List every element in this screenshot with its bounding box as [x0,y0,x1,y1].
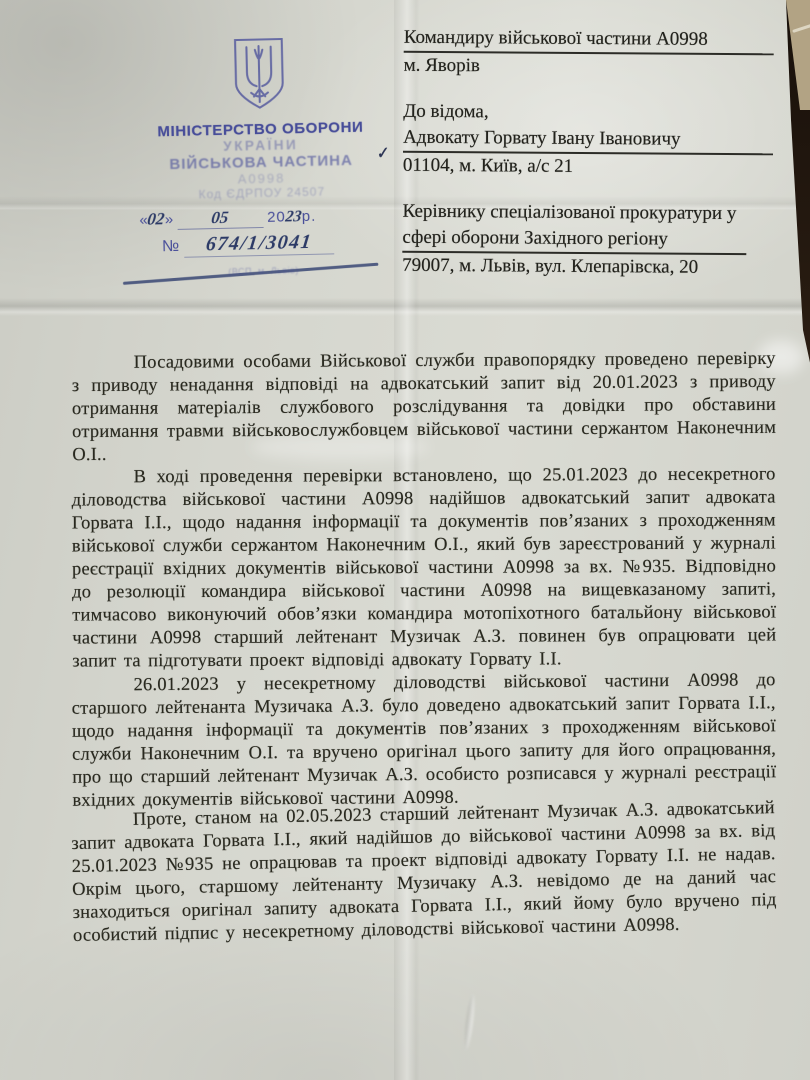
year-suffix: р. [302,208,317,225]
recipient-prosecutor-line2: сфері оборони Західного регіону [402,225,746,255]
number-field: 674/1/3041 [183,230,334,257]
crease-mark [463,994,477,1050]
handwritten-checkmark-icon: ✓ [377,143,389,164]
trident-emblem-icon [123,33,395,120]
stamp-number-row: № 674/1/3041 [128,229,398,259]
body-paragraph: Проте, станом на 02.05.2023 старший лейт… [71,797,777,948]
close-quote: » [165,211,174,228]
spacer [403,79,773,102]
recipients-block: Командиру військової частини А0998 м. Яв… [402,25,774,282]
recipient-prosecutor-line1: Керівнику спеціалізованої прокуратури у [402,199,772,228]
stamp-footer-note: (ВСП, м. Львів) [129,263,399,279]
recipient-advocate: Адвокату Горвату Івану Івановичу [403,125,773,156]
printed-century: 20 [267,208,286,225]
number-label: № [162,238,180,255]
date-month-field: 05 [177,207,263,230]
recipient-commander: Командиру військової частини А0998 [404,25,774,56]
recipient-advocate-address: 01104, м. Київ, а/с 21 [403,153,773,182]
handwritten-day: 02 [147,209,166,229]
military-unit-stamp: МІНІСТЕРСТВО ОБОРОНИ УКРАЇНИ ВІЙСЬКОВА Ч… [123,33,398,279]
body-paragraph: В ході проведення перевірки встановлено,… [72,463,777,673]
document-photo: МІНІСТЕРСТВО ОБОРОНИ УКРАЇНИ ВІЙСЬКОВА Ч… [0,0,810,1080]
body-paragraph: Посадовими особами Військової служби пра… [72,348,777,467]
letter-body: Посадовими особами Військової служби пра… [72,350,776,948]
handwritten-number: 674/1/3041 [204,231,313,256]
recipient-prosecutor-address: 79007, м. Львів, вул. Клепарівска, 20 [402,253,772,282]
date-year-field: 2023р. [267,208,317,226]
stamp-date-row: «02»052023р. [127,204,397,231]
fyi-note: До відома, [403,99,773,128]
date-day-field: «02» [139,211,173,229]
body-paragraph: 26.01.2023 у несекретному діловодстві ві… [71,669,776,813]
handwritten-month: 05 [210,208,229,228]
recipient-commander-city: м. Яворів [404,53,774,82]
handwritten-year: 23 [285,208,303,226]
spacer [403,179,773,202]
paper-sheet: МІНІСТЕРСТВО ОБОРОНИ УКРАЇНИ ВІЙСЬКОВА Ч… [0,0,810,1080]
